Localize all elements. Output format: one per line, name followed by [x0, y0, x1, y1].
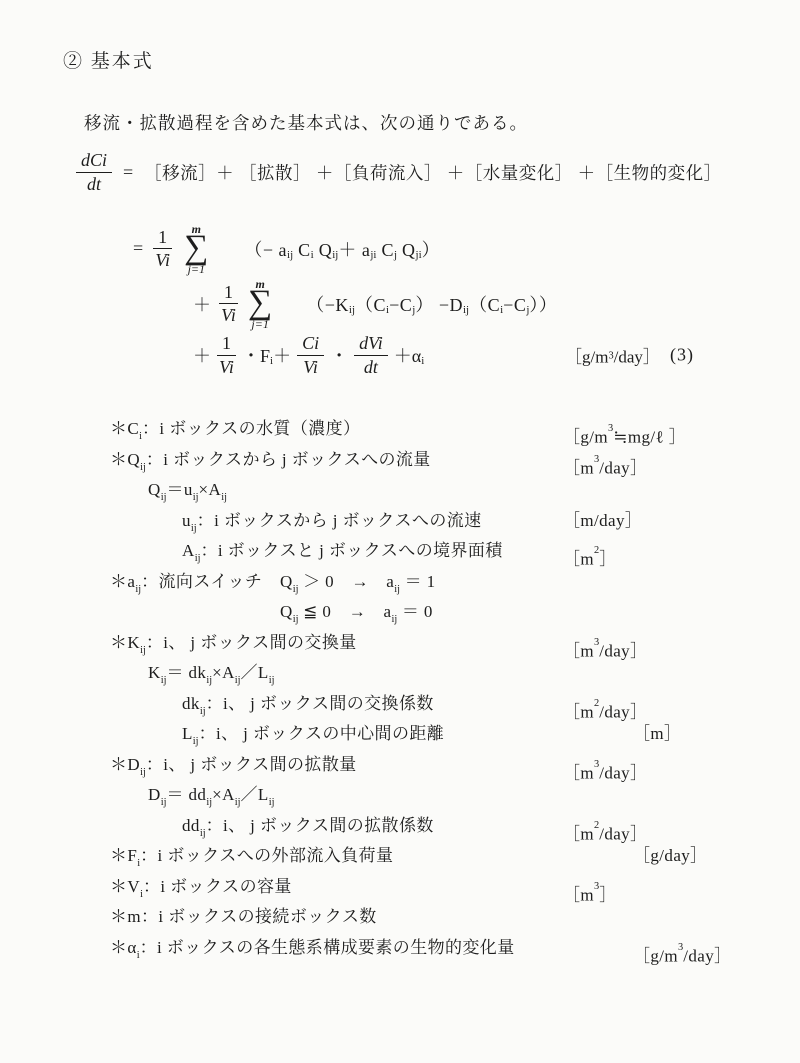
definition-text: Lij：i、 j ボックスの中心間の距離: [182, 724, 444, 743]
definition-row: Qij＝uij×Aij: [0, 475, 800, 506]
definition-row: ddij：i、 j ボックス間の拡散係数 ［m2/day］: [0, 811, 800, 842]
inverse-volume-fraction: 1 Vi: [219, 282, 238, 326]
derivative-fraction: dCi dt: [76, 150, 112, 194]
definition-formula: Dij＝ ddij×Aij／Lij: [148, 785, 274, 804]
equation-word-terms: ［移流］＋ ［拡散］ ＋［負荷流入］ ＋［水量変化］ ＋［生物的変化］: [144, 160, 722, 185]
definition-row: ＊Vi：i ボックスの容量 ［m3］: [0, 872, 800, 903]
load-term: ・Fi＋: [242, 342, 291, 368]
definition-formula: Qij＝uij×Aij: [148, 480, 227, 499]
fraction-numerator: 1: [217, 333, 236, 356]
definition-text: ＊αi：i ボックスの各生態系構成要素の生物的変化量: [110, 938, 515, 957]
intro-text: 移流・拡散過程を含めた基本式は、次の通りである。: [84, 110, 528, 135]
definition-row: dkij：i、 j ボックス間の交換係数 ［m2/day］: [0, 689, 800, 720]
definition-text: ＊Fi：i ボックスへの外部流入負荷量: [110, 846, 393, 865]
definition-row: ＊Qij：i ボックスから j ボックスへの流量 ［m3/day］: [0, 445, 800, 476]
equals-sign: =: [123, 162, 133, 183]
definition-text: dkij：i、 j ボックス間の交換係数: [182, 694, 434, 713]
definition-row: Qij ≦ 0 → aij ＝ 0: [0, 597, 800, 628]
definition-row: ＊Fi：i ボックスへの外部流入負荷量 ［g/day］: [0, 841, 800, 872]
fraction-denominator: dt: [87, 173, 101, 195]
equation-line-4: ＋ 1 Vi ・Fi＋ Ci Vi ・ dVi dt ＋αi ［g/m3/day…: [193, 333, 800, 377]
definition-row: ＊m：i ボックスの接続ボックス数: [0, 902, 800, 933]
fraction-numerator: Ci: [297, 333, 324, 356]
unit-label: ［g/m3/day］: [633, 933, 732, 972]
summation-symbol: m ∑ j=1: [248, 278, 272, 330]
definition-text: ＊Vi：i ボックスの容量: [110, 877, 292, 896]
plus-sign: ＋: [193, 342, 211, 368]
sigma-icon: ∑: [184, 233, 208, 264]
multiplication-dot: ・: [330, 342, 348, 368]
equation-line-1: dCi dt = ［移流］＋ ［拡散］ ＋［負荷流入］ ＋［水量変化］ ＋［生物…: [76, 150, 722, 194]
summation-symbol: m ∑ j=1: [184, 223, 208, 275]
definition-text: Aij：i ボックスと j ボックスへの境界面積: [182, 541, 503, 560]
unit-label: ［g/day］: [633, 841, 708, 872]
definitions-list: ＊Ci：i ボックスの水質（濃度） ［g/m3≒mg/ℓ ］ ＊Qij：i ボッ…: [0, 414, 800, 963]
definition-row: uij：i ボックスから j ボックスへの流速 ［m/day］: [0, 506, 800, 537]
definition-row: Lij：i、 j ボックスの中心間の距離 ［m］: [0, 719, 800, 750]
unit-label: ［m/day］: [563, 506, 642, 537]
definition-text: ＊m：i ボックスの接続ボックス数: [110, 907, 377, 926]
definition-row: Kij＝ dkij×Aij／Lij: [0, 658, 800, 689]
equation-line-2: = 1 Vi m ∑ j=1 （− aij Ci Qij＋ aji Cj Qji…: [133, 223, 440, 275]
fraction-numerator: dCi: [76, 150, 112, 173]
fraction-denominator: Vi: [303, 356, 318, 378]
fraction-denominator: dt: [364, 356, 378, 378]
volume-derivative-fraction: dVi dt: [354, 333, 388, 377]
fraction-denominator: Vi: [221, 304, 236, 326]
sigma-icon: ∑: [248, 288, 272, 319]
document-page: ② 基本式 移流・拡散過程を含めた基本式は、次の通りである。 dCi dt = …: [0, 0, 800, 1063]
exchange-diffusion-expression: （−Kij（Ci−Cj） −Dij（Ci−Cj））: [306, 291, 557, 317]
definition-row: ＊aij：流向スイッチ Qij ＞ 0 → aij ＝ 1: [0, 567, 800, 598]
section-heading: ② 基本式: [63, 46, 154, 73]
definition-text: ddij：i、 j ボックス間の拡散係数: [182, 816, 434, 835]
definition-row: ＊αi：i ボックスの各生態系構成要素の生物的変化量 ［g/m3/day］: [0, 933, 800, 964]
equation-number: (3): [670, 345, 694, 366]
unit-label: ［m］: [633, 719, 681, 750]
definition-text: ＊aij：流向スイッチ: [110, 572, 262, 591]
fraction-numerator: 1: [153, 227, 172, 250]
definition-row: Aij：i ボックスと j ボックスへの境界面積 ［m2］: [0, 536, 800, 567]
definition-row: Dij＝ ddij×Aij／Lij: [0, 780, 800, 811]
plus-sign: ＋: [193, 291, 211, 317]
summation-lower-limit: j=1: [188, 263, 205, 275]
definition-text: uij：i ボックスから j ボックスへの流速: [182, 511, 482, 530]
definition-text: ＊Ci：i ボックスの水質（濃度）: [110, 419, 360, 438]
concentration-fraction: Ci Vi: [297, 333, 324, 377]
equation-line-3: ＋ 1 Vi m ∑ j=1 （−Kij（Ci−Cj） −Dij（Ci−Cj））: [193, 278, 557, 330]
inverse-volume-fraction: 1 Vi: [217, 333, 236, 377]
inverse-volume-fraction: 1 Vi: [153, 227, 172, 271]
biological-term: ＋αi: [394, 342, 425, 368]
fraction-numerator: 1: [219, 282, 238, 305]
definition-text: ＊Qij：i ボックスから j ボックスへの流量: [110, 450, 431, 469]
summation-lower-limit: j=1: [251, 318, 268, 330]
definition-row: ＊Dij：i、 j ボックス間の拡散量 ［m3/day］: [0, 750, 800, 781]
definition-text: ＊Kij：i、 j ボックス間の交換量: [110, 633, 357, 652]
definition-row: ＊Ci：i ボックスの水質（濃度） ［g/m3≒mg/ℓ ］: [0, 414, 800, 445]
equation-unit-label: ［g/m3/day］: [565, 343, 660, 368]
advection-expression: （− aij Ci Qij＋ aji Cj Qji）: [244, 236, 440, 262]
definition-row: ＊Kij：i、 j ボックス間の交換量 ［m3/day］: [0, 628, 800, 659]
definition-text: ＊Dij：i、 j ボックス間の拡散量: [110, 755, 357, 774]
fraction-denominator: Vi: [219, 356, 234, 378]
equals-sign: =: [133, 238, 143, 259]
definition-formula: Kij＝ dkij×Aij／Lij: [148, 663, 274, 682]
fraction-denominator: Vi: [155, 249, 170, 271]
fraction-numerator: dVi: [354, 333, 388, 356]
